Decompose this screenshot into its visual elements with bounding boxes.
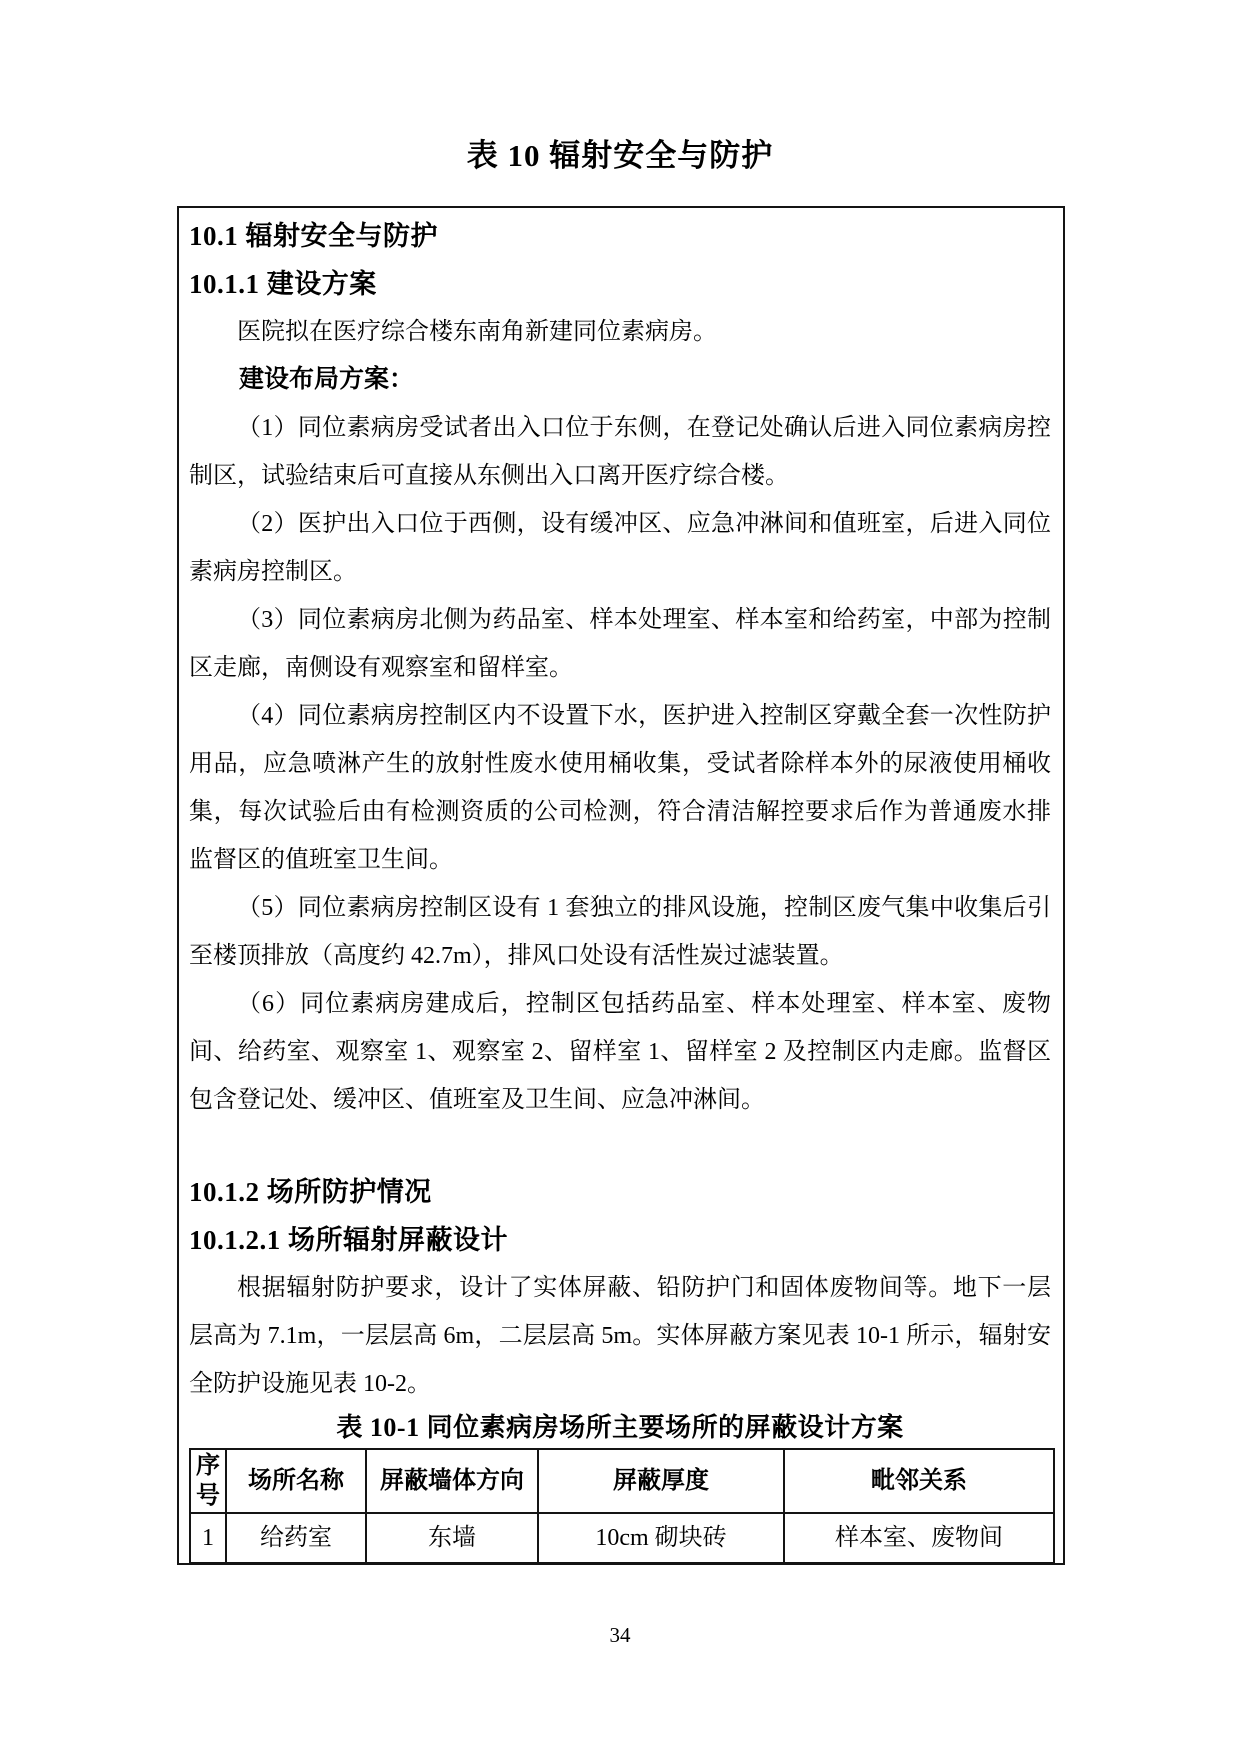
document-page: 表 10 辐射安全与防护 10.1 辐射安全与防护 10.1.1 建设方案 医院… bbox=[0, 0, 1240, 1754]
paragraph-shielding: 根据辐射防护要求，设计了实体屏蔽、铅防护门和固体废物间等。地下一层层高为 7.1… bbox=[189, 1264, 1051, 1408]
paragraph-item-1: （1）同位素病房受试者出入口位于东侧，在登记处确认后进入同位素病房控制区，试验结… bbox=[189, 404, 1051, 500]
page-number: 34 bbox=[0, 1620, 1240, 1650]
heading-10-1-2-1: 10.1.2.1 场所辐射屏蔽设计 bbox=[189, 1216, 1051, 1264]
content-box: 10.1 辐射安全与防护 10.1.1 建设方案 医院拟在医疗综合楼东南角新建同… bbox=[177, 206, 1065, 1565]
paragraph-item-5: （5）同位素病房控制区设有 1 套独立的排风设施，控制区废气集中收集后引至楼顶排… bbox=[189, 884, 1051, 980]
paragraph-intro: 医院拟在医疗综合楼东南角新建同位素病房。 bbox=[189, 308, 1051, 356]
paragraph-layout-label: 建设布局方案： bbox=[189, 356, 1051, 404]
column-header-index: 序号 bbox=[190, 1449, 226, 1513]
cell-adjacency: 样本室、废物间 bbox=[784, 1513, 1054, 1563]
column-header-adjacency: 毗邻关系 bbox=[784, 1449, 1054, 1513]
heading-10-1: 10.1 辐射安全与防护 bbox=[189, 212, 1051, 260]
table-row: 1 给药室 东墙 10cm 砌块砖 样本室、废物间 bbox=[190, 1513, 1054, 1563]
column-header-shield-thickness: 屏蔽厚度 bbox=[538, 1449, 784, 1513]
column-header-wall-direction: 屏蔽墙体方向 bbox=[366, 1449, 538, 1513]
cell-index: 1 bbox=[190, 1513, 226, 1563]
paragraph-item-4: （4）同位素病房控制区内不设置下水，医护进入控制区穿戴全套一次性防护用品，应急喷… bbox=[189, 692, 1051, 884]
paragraph-item-2: （2）医护出入口位于西侧，设有缓冲区、应急冲淋间和值班室，后进入同位素病房控制区… bbox=[189, 500, 1051, 596]
cell-place-name: 给药室 bbox=[226, 1513, 366, 1563]
table-10-1-title: 表 10-1 同位素病房场所主要场所的屏蔽设计方案 bbox=[189, 1410, 1051, 1446]
table-header-row: 序号 场所名称 屏蔽墙体方向 屏蔽厚度 毗邻关系 bbox=[190, 1449, 1054, 1513]
paragraph-item-6: （6）同位素病房建成后，控制区包括药品室、样本处理室、样本室、废物间、给药室、观… bbox=[189, 980, 1051, 1124]
cell-shield-thickness: 10cm 砌块砖 bbox=[538, 1513, 784, 1563]
table-10-1: 序号 场所名称 屏蔽墙体方向 屏蔽厚度 毗邻关系 1 给药室 东墙 10cm 砌… bbox=[189, 1448, 1055, 1564]
heading-10-1-1: 10.1.1 建设方案 bbox=[189, 260, 1051, 308]
paragraph-item-3: （3）同位素病房北侧为药品室、样本处理室、样本室和给药室，中部为控制区走廊，南侧… bbox=[189, 596, 1051, 692]
heading-10-1-2: 10.1.2 场所防护情况 bbox=[189, 1168, 1051, 1216]
column-header-place-name: 场所名称 bbox=[226, 1449, 366, 1513]
cell-wall-direction: 东墙 bbox=[366, 1513, 538, 1563]
document-title: 表 10 辐射安全与防护 bbox=[0, 136, 1240, 176]
